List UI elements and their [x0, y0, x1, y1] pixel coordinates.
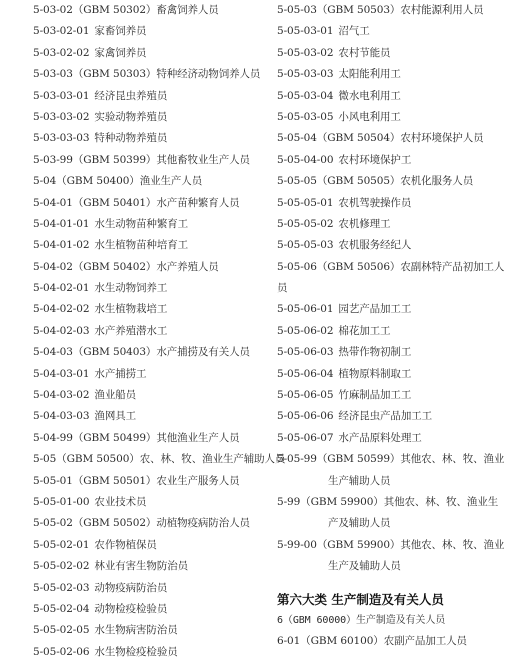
occupation-entry: 5-05-03（GBM 50503）农村能源利用人员	[277, 0, 507, 21]
occupation-entry: 5-04-03-03渔网具工	[33, 406, 255, 427]
occupation-title: 水生物病害防治员	[94, 624, 177, 636]
gbm-code: （GBM 50500）	[56, 453, 140, 465]
occupation-code: 5-05-06-06	[277, 410, 333, 422]
occupation-code: 5-05-03-02	[277, 47, 333, 59]
occupation-title: 林业有害生物防治员	[94, 560, 188, 572]
occupation-title: 水产捕捞工	[94, 368, 146, 380]
occupation-code: 5-99	[277, 496, 300, 508]
occupation-title: 渔网具工	[94, 410, 136, 422]
occupation-code: 5-03-02	[33, 4, 73, 16]
occupation-title: 畜禽饲养人员	[156, 4, 218, 16]
occupation-code: 5-04-02	[33, 261, 73, 273]
left-column: 5-03-02（GBM 50302）畜禽饲养人员5-03-02-01家畜饲养员5…	[33, 0, 255, 660]
occupation-title: 其他农、林、牧、渔业	[400, 453, 504, 465]
occupation-title: 其他农、林、牧、渔业	[400, 539, 504, 551]
occupation-entry: 5-05-01-00农业技术员	[33, 492, 255, 513]
occupation-entry: 5-05-05（GBM 50505）农机化服务人员	[277, 171, 507, 192]
occupation-title: 农、林、牧、渔业生产辅助人员	[140, 453, 286, 465]
occupation-code: 5-05-03-01	[277, 25, 333, 37]
occupation-code: 5-05-06-05	[277, 389, 333, 401]
gbm-code: （GBM 50505）	[317, 175, 401, 187]
occupation-title: 水生物检疫检验员	[94, 646, 177, 658]
gbm-code: （GBM 50504）	[317, 132, 401, 144]
gbm-code: （GBM 50502）	[73, 517, 157, 529]
section-heading: 第六大类 生产制造及有关人员	[277, 590, 507, 610]
occupation-code: 5-05	[33, 453, 56, 465]
gbm-code: （GBM 59900）	[317, 539, 401, 551]
occupation-code: 5-05-05	[277, 175, 317, 187]
occupation-title: 动物检疫检验员	[94, 603, 167, 615]
occupation-entry: 5-05-03-01沼气工	[277, 21, 507, 42]
occupation-entry: 5-05-03-05小风电利用工	[277, 107, 507, 128]
occupation-title: 小风电利用工	[338, 111, 400, 123]
occupation-code: 5-05-06-07	[277, 432, 333, 444]
occupation-code: 5-05-05-01	[277, 197, 333, 209]
occupation-entry: 5-05-04-00农村环境保护工	[277, 150, 507, 171]
gbm-code: （GBM 59900）	[300, 496, 384, 508]
occupation-title: 农村节能员	[338, 47, 390, 59]
occupation-title: 热带作物初制工	[338, 346, 411, 358]
occupation-code: 5-04-01-02	[33, 239, 89, 251]
occupation-title-continuation: 生产辅助人员	[277, 471, 507, 492]
right-column: 5-05-03（GBM 50503）农村能源利用人员5-05-03-01沼气工5…	[277, 0, 507, 652]
occupation-title: 水产捕捞及有关人员	[156, 346, 250, 358]
occupation-entry: 5-05-03-04微水电利用工	[277, 86, 507, 107]
occupation-title: 棉花加工工	[338, 325, 390, 337]
occupation-title: 植物原料制取工	[338, 368, 411, 380]
occupation-code: 5-03-03-03	[33, 132, 89, 144]
occupation-code: 5-04-02-02	[33, 303, 89, 315]
occupation-entry: 5-05-06-05竹麻制品加工工	[277, 385, 507, 406]
occupation-code: 5-03-03	[33, 68, 73, 80]
occupation-entry: 5-05-06-03热带作物初制工	[277, 342, 507, 363]
occupation-code: 5-05-06	[277, 261, 317, 273]
occupation-entry: 5-05-06（GBM 50506）农副林特产品初加工人	[277, 257, 507, 278]
occupation-title: 特种经济动物饲养人员	[156, 68, 260, 80]
occupation-title: 特种动物养殖员	[94, 132, 167, 144]
occupation-code: 5-05-02-03	[33, 582, 89, 594]
occupation-title: 水产品原料处理工	[338, 432, 421, 444]
occupation-code: 5-03-03-01	[33, 90, 89, 102]
occupation-title: 其他畜牧业生产人员	[156, 154, 250, 166]
occupation-title: 园艺产品加工工	[338, 303, 411, 315]
occupation-entry: 5-05-06-02棉花加工工	[277, 321, 507, 342]
occupation-entry: 5-03-99（GBM 50399）其他畜牧业生产人员	[33, 150, 255, 171]
occupation-code: 5-03-02-02	[33, 47, 89, 59]
occupation-code: 5-04-03	[33, 346, 73, 358]
occupation-entry: 5-99-00（GBM 59900）其他农、林、牧、渔业	[277, 535, 507, 556]
occupation-code: 6-01	[277, 635, 300, 647]
occupation-title: 渔业生产人员	[140, 175, 202, 187]
occupation-entry: 5-04-03-01水产捕捞工	[33, 364, 255, 385]
occupation-title: 经济昆虫养殖员	[94, 90, 167, 102]
occupation-entry: 5-05-02-02林业有害生物防治员	[33, 556, 255, 577]
occupation-title-continuation: 员	[277, 278, 507, 299]
occupation-code: 5-05-06-01	[277, 303, 333, 315]
occupation-title: 农村环境保护人员	[400, 132, 483, 144]
occupation-entry: 5-05-03-03太阳能利用工	[277, 64, 507, 85]
occupation-code: 5-03-02-01	[33, 25, 89, 37]
occupation-entry: 5-03-02-01家畜饲养员	[33, 21, 255, 42]
occupation-code: 5-04-03-02	[33, 389, 89, 401]
occupation-code: 5-05-02	[33, 517, 73, 529]
occupation-code: 5-04-02-03	[33, 325, 89, 337]
occupation-entry: 6-01（GBM 60100）农副产品加工人员	[277, 631, 507, 652]
occupation-title: 家禽饲养员	[94, 47, 146, 59]
occupation-title: 农机修理工	[338, 218, 390, 230]
occupation-code: 5-05-01-00	[33, 496, 89, 508]
occupation-title: 实验动物养殖员	[94, 111, 167, 123]
occupation-entry: 5-04-99（GBM 50499）其他渔业生产人员	[33, 428, 255, 449]
occupation-code: 5-04-02-01	[33, 282, 89, 294]
occupation-entry: 5-05-05-01农机驾驶操作员	[277, 193, 507, 214]
gbm-code: （GBM 60000）	[283, 615, 356, 626]
occupation-entry: 5-05-02-05水生物病害防治员	[33, 620, 255, 641]
occupation-entry: 5-05-06-01园艺产品加工工	[277, 299, 507, 320]
occupation-code: 5-05-04-00	[277, 154, 333, 166]
occupation-title: 微水电利用工	[338, 90, 400, 102]
occupation-entry: 5-05-02-01农作物植保员	[33, 535, 255, 556]
gbm-code: （GBM 50302）	[73, 4, 157, 16]
occupation-code: 5-05-02-01	[33, 539, 89, 551]
occupation-title: 沼气工	[338, 25, 369, 37]
gbm-code: （GBM 50402）	[73, 261, 157, 273]
occupation-entry: 5-05-02-06水生物检疫检验员	[33, 642, 255, 660]
gbm-code: （GBM 50499）	[73, 432, 157, 444]
occupation-title: 水生动物饲养工	[94, 282, 167, 294]
occupation-title: 农作物植保员	[94, 539, 156, 551]
occupation-code: 5-03-03-02	[33, 111, 89, 123]
occupation-entry: 5-05-01（GBM 50501）农业生产服务人员	[33, 471, 255, 492]
occupation-code: 5-05-06-03	[277, 346, 333, 358]
occupation-code: 5-99-00	[277, 539, 317, 551]
occupation-entry: 5-03-03-02实验动物养殖员	[33, 107, 255, 128]
occupation-title: 家畜饲养员	[94, 25, 146, 37]
occupation-code: 5-05-03-04	[277, 90, 333, 102]
occupation-entry: 5-04-03-02渔业船员	[33, 385, 255, 406]
occupation-code: 5-05-02-04	[33, 603, 89, 615]
gbm-code: （GBM 50400）	[56, 175, 140, 187]
occupation-entry: 5-05-99（GBM 50599）其他农、林、牧、渔业	[277, 449, 507, 470]
occupation-code: 5-05-06-02	[277, 325, 333, 337]
occupation-entry: 5-04-02-03水产养殖潜水工	[33, 321, 255, 342]
occupation-title: 农村能源利用人员	[400, 4, 483, 16]
occupation-entry: 5-03-03（GBM 50303）特种经济动物饲养人员	[33, 64, 255, 85]
occupation-entry: 5-03-03-03特种动物养殖员	[33, 128, 255, 149]
occupation-title: 生产制造及有关人员	[356, 615, 445, 626]
occupation-entry: 5-05-02（GBM 50502）动植物疫病防治人员	[33, 513, 255, 534]
occupation-code: 5-05-02-02	[33, 560, 89, 572]
occupation-code: 5-05-03-03	[277, 68, 333, 80]
occupation-entry: 5-05-04（GBM 50504）农村环境保护人员	[277, 128, 507, 149]
occupation-code: 5-04	[33, 175, 56, 187]
occupation-entry: 5-05-06-06经济昆虫产品加工工	[277, 406, 507, 427]
occupation-entry: 5-05-02-03动物疫病防治员	[33, 578, 255, 599]
occupation-title: 农村环境保护工	[338, 154, 411, 166]
occupation-code: 5-03-99	[33, 154, 73, 166]
occupation-code: 5-05-99	[277, 453, 317, 465]
occupation-title: 水生动物苗种繁育工	[94, 218, 188, 230]
gbm-code: （GBM 50303）	[73, 68, 157, 80]
occupation-title: 农业生产服务人员	[156, 475, 239, 487]
occupation-code: 5-05-02-05	[33, 624, 89, 636]
occupation-entry: 5-05-03-02农村节能员	[277, 43, 507, 64]
occupation-entry: 5-04-02（GBM 50402）水产养殖人员	[33, 257, 255, 278]
occupation-entry: 5-03-02-02家禽饲养员	[33, 43, 255, 64]
occupation-entry: 5-05-06-04植物原料制取工	[277, 364, 507, 385]
occupation-entry: 5-05（GBM 50500）农、林、牧、渔业生产辅助人员	[33, 449, 255, 470]
occupation-entry: 5-04-01-01水生动物苗种繁育工	[33, 214, 255, 235]
occupation-entry: 5-04-02-01水生动物饲养工	[33, 278, 255, 299]
occupation-entry: 5-99（GBM 59900）其他农、林、牧、渔业生	[277, 492, 507, 513]
occupation-title: 动物疫病防治员	[94, 582, 167, 594]
occupation-title: 竹麻制品加工工	[338, 389, 411, 401]
occupation-code: 5-05-05-02	[277, 218, 333, 230]
gbm-code: （GBM 50501）	[73, 475, 157, 487]
occupation-entry: 5-05-05-03农机服务经纪人	[277, 235, 507, 256]
occupation-title: 农机驾驶操作员	[338, 197, 411, 209]
occupation-code: 5-05-02-06	[33, 646, 89, 658]
gbm-code: （GBM 50401）	[73, 197, 157, 209]
occupation-title: 农副林特产品初加工人	[400, 261, 504, 273]
occupation-entry: 5-03-02（GBM 50302）畜禽饲养人员	[33, 0, 255, 21]
occupation-code: 5-05-01	[33, 475, 73, 487]
gbm-code: （GBM 60100）	[300, 635, 384, 647]
occupation-entry: 5-05-02-04动物检疫检验员	[33, 599, 255, 620]
occupation-title: 水生植物栽培工	[94, 303, 167, 315]
occupation-title-continuation: 产及辅助人员	[277, 513, 507, 534]
occupation-title: 水产苗种繁育人员	[156, 197, 239, 209]
occupation-entry: 5-04-01（GBM 50401）水产苗种繁育人员	[33, 193, 255, 214]
occupation-title: 水产养殖潜水工	[94, 325, 167, 337]
occupation-title: 农机服务经纪人	[338, 239, 411, 251]
occupation-entry: 5-04（GBM 50400）渔业生产人员	[33, 171, 255, 192]
occupation-title: 经济昆虫产品加工工	[338, 410, 432, 422]
occupation-title: 农业技术员	[94, 496, 146, 508]
occupation-entry: 5-04-02-02水生植物栽培工	[33, 299, 255, 320]
occupation-entry: 5-03-03-01经济昆虫养殖员	[33, 86, 255, 107]
occupation-entry: 5-05-06-07水产品原料处理工	[277, 428, 507, 449]
occupation-title-continuation: 生产及辅助人员	[277, 556, 507, 577]
occupation-code: 5-04-99	[33, 432, 73, 444]
occupation-entry: 6（GBM 60000）生产制造及有关人员	[277, 610, 507, 631]
occupation-title: 渔业船员	[94, 389, 136, 401]
occupation-title: 动植物疫病防治人员	[156, 517, 250, 529]
occupation-title: 水生植物苗种培育工	[94, 239, 188, 251]
occupation-code: 5-05-04	[277, 132, 317, 144]
occupation-title: 其他渔业生产人员	[156, 432, 239, 444]
gbm-code: （GBM 50399）	[73, 154, 157, 166]
gbm-code: （GBM 50503）	[317, 4, 401, 16]
occupation-code: 5-05-06-04	[277, 368, 333, 380]
occupation-title: 水产养殖人员	[156, 261, 218, 273]
occupation-code: 5-05-03-05	[277, 111, 333, 123]
occupation-entry: 5-04-01-02水生植物苗种培育工	[33, 235, 255, 256]
occupation-code: 5-04-01	[33, 197, 73, 209]
occupation-code: 5-04-01-01	[33, 218, 89, 230]
occupation-code: 5-05-03	[277, 4, 317, 16]
occupation-title: 农副产品加工人员	[384, 635, 467, 647]
occupation-title: 太阳能利用工	[338, 68, 400, 80]
gbm-code: （GBM 50599）	[317, 453, 401, 465]
occupation-code: 5-04-03-03	[33, 410, 89, 422]
occupation-entry: 5-04-03（GBM 50403）水产捕捞及有关人员	[33, 342, 255, 363]
occupation-code: 5-04-03-01	[33, 368, 89, 380]
occupation-title: 农机化服务人员	[400, 175, 473, 187]
occupation-entry: 5-05-05-02农机修理工	[277, 214, 507, 235]
occupation-title: 其他农、林、牧、渔业生	[384, 496, 498, 508]
gbm-code: （GBM 50506）	[317, 261, 401, 273]
gbm-code: （GBM 50403）	[73, 346, 157, 358]
occupation-code: 5-05-05-03	[277, 239, 333, 251]
